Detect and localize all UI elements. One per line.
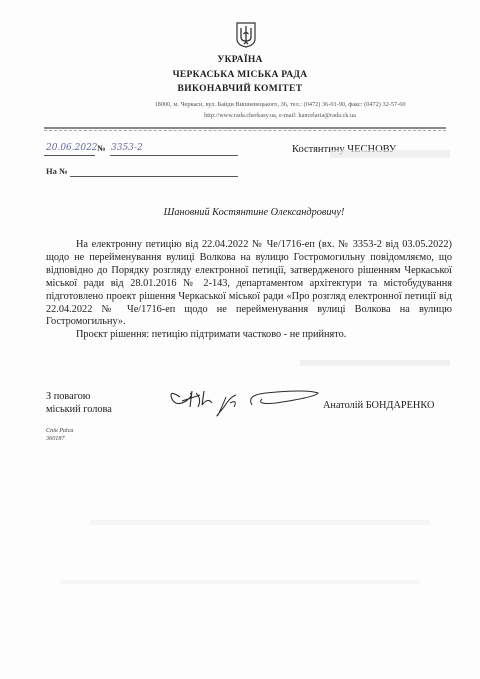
country-title: УКРАЇНА [0,55,480,65]
scan-noise [90,520,430,525]
reply-to-underline [70,176,238,177]
web-contact-line: http://www.rada.cherkasy.ua, e-mail: kan… [40,112,480,119]
closing-block: З повагою міський голова [46,390,112,416]
date-underline [44,155,95,156]
scan-noise [60,580,420,584]
outgoing-date: 20.06.2022 [46,143,98,153]
letterhead-divider [44,127,446,129]
council-title: ЧЕРКАСЬКА МІСЬКА РАДА [0,70,480,80]
trident-coat-of-arms-icon [236,22,256,48]
letterhead-divider-dashed [44,130,446,131]
letter-body: На електронну петицію від 22.04.2022 № Ч… [46,239,452,342]
executor-info: Спік Раїса 360187 [46,427,73,443]
body-paragraph-2: Проєкт рішення: петицію підтримати частк… [46,329,452,342]
letter-page: УКРАЇНА ЧЕРКАСЬКА МІСЬКА РАДА ВИКОНАВЧИЙ… [0,0,480,679]
body-paragraph-1: На електронну петицію від 22.04.2022 № Ч… [46,239,452,329]
scan-noise [330,150,450,158]
salutation: Шановний Костянтине Олександровичу! [0,207,480,218]
signature-icon [166,385,326,419]
closing-regards: З повагою [46,390,112,403]
address-line: 18000, м. Черкаси, вул. Байди Вишневецьк… [40,101,480,108]
signer-title: міський голова [46,403,112,416]
reply-to-label: На № [46,166,68,176]
scan-noise [300,360,450,366]
executor-name: Спік Раїса [46,427,73,435]
number-underline [110,155,238,156]
executor-phone: 360187 [46,435,73,443]
outgoing-number: 3353-2 [111,143,143,153]
number-label: № [97,143,106,153]
committee-title: ВИКОНАВЧИЙ КОМІТЕТ [0,84,480,94]
signer-name: Анатолій БОНДАРЕНКО [323,400,434,411]
